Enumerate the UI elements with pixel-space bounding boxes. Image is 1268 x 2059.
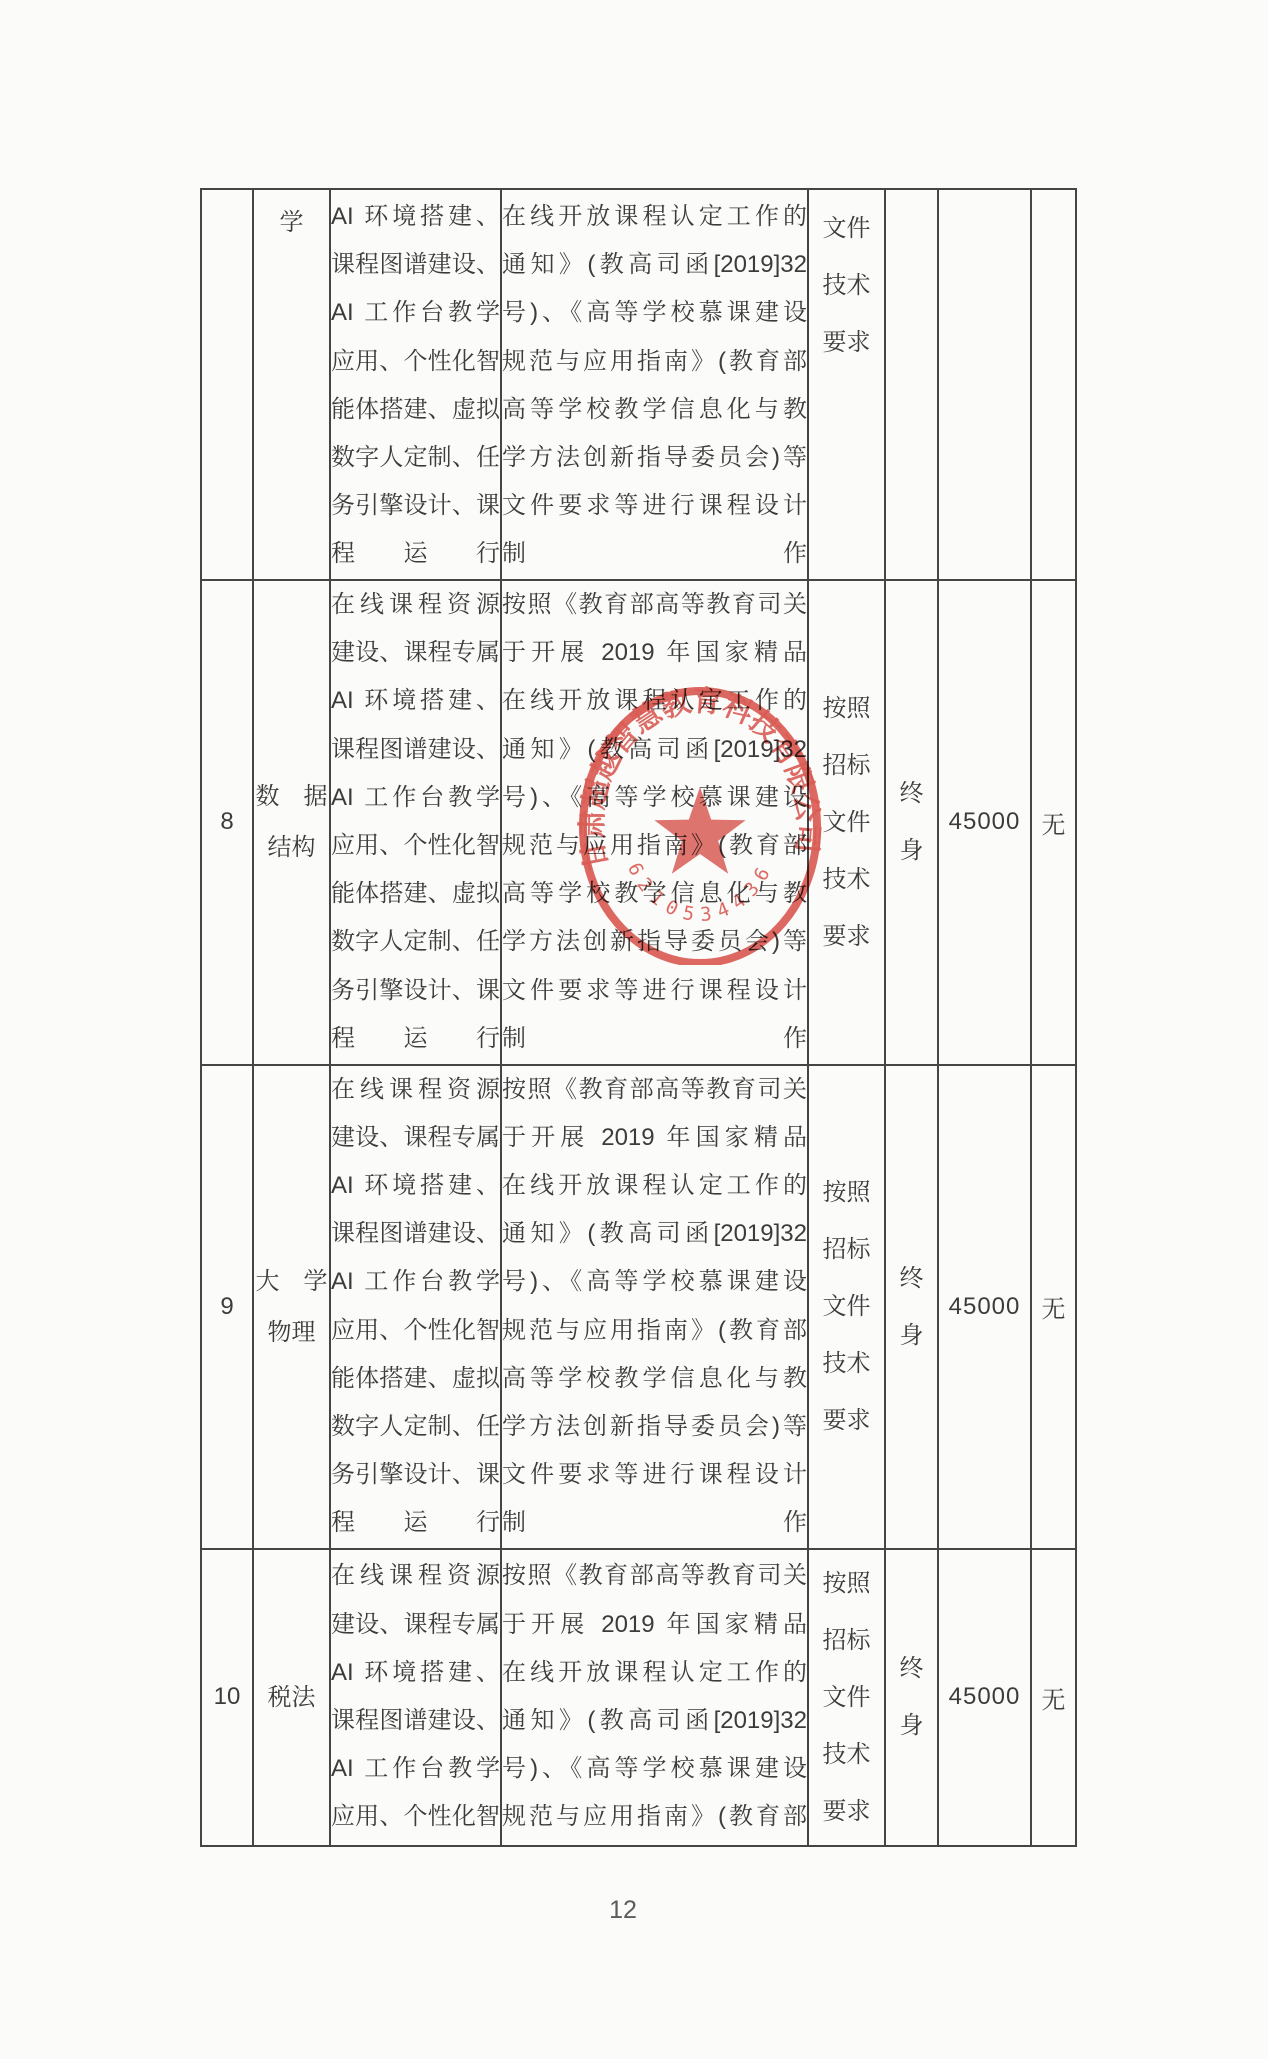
text-line: 数 据 [254, 771, 329, 822]
text-line: 学方法创新指导委员会)等 [502, 1403, 807, 1451]
requirement-cell: 按照《教育部高等教育司关于开展 2019 年国家精品在线开放课程认定工作的通知》… [501, 1065, 808, 1549]
remark-cell: 无 [1031, 580, 1076, 1065]
text-line: 程运行 [331, 1015, 500, 1063]
price-cell [938, 189, 1031, 580]
text-line: 通知》(教高司函[2019]32 [502, 726, 807, 774]
text-line: 建设、课程专属 [331, 1114, 500, 1162]
text-line: 号)、《高等学校慕课建设 [502, 289, 807, 337]
text-line: 于开展 2019 年国家精品 [502, 1601, 807, 1649]
text-line: 数字人定制、任 [331, 918, 500, 966]
text-line: 通知》(教高司函[2019]32 [502, 241, 807, 289]
price-cell: 45000 [938, 1549, 1031, 1846]
text-line: 要求 [809, 314, 884, 371]
build-content-cell: 在线课程资源建设、课程专属AI 环境搭建、课程图谱建设、AI 工作台教学应用、个… [330, 1065, 501, 1549]
text-line: 于开展 2019 年国家精品 [502, 629, 807, 677]
text-line: 规范与应用指南》(教育部 [502, 822, 807, 870]
table-row: 8 数 据结构 在线课程资源建设、课程专属AI 环境搭建、课程图谱建设、AI 工… [201, 580, 1076, 1065]
text-line: 学方法创新指导委员会)等 [502, 434, 807, 482]
requirement-cell: 按照《教育部高等教育司关于开展 2019 年国家精品在线开放课程认定工作的通知》… [501, 580, 808, 1065]
text-line: 税法 [254, 1672, 329, 1723]
requirement-cell: 按照《教育部高等教育司关于开展 2019 年国家精品在线开放课程认定工作的通知》… [501, 1549, 808, 1846]
text-line: 程运行 [331, 530, 500, 578]
text-line: 要求 [809, 1783, 884, 1840]
price-cell: 45000 [938, 580, 1031, 1065]
text-line: AI 环境搭建、 [331, 1649, 500, 1697]
text-line: 在线开放课程认定工作的 [502, 1649, 807, 1697]
tech-requirement-cell: 按照招标文件技术要求 [808, 580, 885, 1065]
text-line: 能体搭建、虚拟 [331, 386, 500, 434]
text-line: 文件要求等进行课程设计 [502, 967, 807, 1015]
text-line: 制作 [502, 1015, 807, 1063]
text-line: 高等学校教学信息化与教 [502, 870, 807, 918]
price-cell: 45000 [938, 1065, 1031, 1549]
tech-requirement-cell: 文件技术要求 [808, 189, 885, 580]
course-name-cell: 学 [253, 189, 330, 580]
text-line: 于开展 2019 年国家精品 [502, 1114, 807, 1162]
text-line: 号)、《高等学校慕课建设 [502, 1745, 807, 1793]
text-line: 终 [886, 1640, 937, 1697]
text-line: 身 [886, 1697, 937, 1754]
document-page: 学 AI 环境搭建、课程图谱建设、AI 工作台教学应用、个性化智能体搭建、虚拟数… [0, 0, 1268, 2059]
text-line: AI 环境搭建、 [331, 193, 500, 241]
page-number: 12 [0, 1896, 1246, 1925]
course-name-cell: 数 据结构 [253, 580, 330, 1065]
text-line: AI 环境搭建、 [331, 677, 500, 725]
text-line: 规范与应用指南》(教育部 [502, 338, 807, 386]
text-line: 规范与应用指南》(教育部 [502, 1307, 807, 1355]
text-line: 务引擎设计、课 [331, 482, 500, 530]
text-line: 按照《教育部高等教育司关 [502, 1066, 807, 1114]
text-line: 技术 [809, 1726, 884, 1783]
text-line: 文件 [809, 1278, 884, 1335]
text-line: 学 [254, 197, 329, 248]
text-line: AI 工作台教学 [331, 774, 500, 822]
text-line: 能体搭建、虚拟 [331, 1355, 500, 1403]
build-content-cell: AI 环境搭建、课程图谱建设、AI 工作台教学应用、个性化智能体搭建、虚拟数字人… [330, 189, 501, 580]
text-line: 文件 [809, 200, 884, 257]
text-line: 在线开放课程认定工作的 [502, 677, 807, 725]
course-name-cell: 税法 [253, 1549, 330, 1846]
text-line: 数字人定制、任 [331, 1403, 500, 1451]
text-line: 通知》(教高司函[2019]32 [502, 1210, 807, 1258]
service-term-cell: 终身 [885, 580, 938, 1065]
text-line: 应用、个性化智 [331, 822, 500, 870]
text-line: 招标 [809, 1221, 884, 1278]
text-line: 身 [886, 822, 937, 879]
text-line: 按照 [809, 1555, 884, 1612]
text-line: 学方法创新指导委员会)等 [502, 918, 807, 966]
text-line: 能体搭建、虚拟 [331, 870, 500, 918]
text-line: 文件要求等进行课程设计 [502, 1451, 807, 1499]
tech-requirement-cell: 按照招标文件技术要求 [808, 1065, 885, 1549]
text-line: 终 [886, 1250, 937, 1307]
text-line: 课程图谱建设、 [331, 726, 500, 774]
procurement-items-table: 学 AI 环境搭建、课程图谱建设、AI 工作台教学应用、个性化智能体搭建、虚拟数… [200, 188, 1077, 1847]
text-line: 通知》(教高司函[2019]32 [502, 1697, 807, 1745]
text-line: 在线课程资源 [331, 581, 500, 629]
text-line: 在线课程资源 [331, 1552, 500, 1600]
text-line: 制作 [502, 1499, 807, 1547]
remark-cell: 无 [1031, 1549, 1076, 1846]
table-row-continued: 学 AI 环境搭建、课程图谱建设、AI 工作台教学应用、个性化智能体搭建、虚拟数… [201, 189, 1076, 580]
text-line: 招标 [809, 737, 884, 794]
text-line: 务引擎设计、课 [331, 1451, 500, 1499]
text-line: 课程图谱建设、 [331, 1210, 500, 1258]
text-line: AI 工作台教学 [331, 289, 500, 337]
text-line: 技术 [809, 257, 884, 314]
text-line: 技术 [809, 1335, 884, 1392]
text-line: 按照《教育部高等教育司关 [502, 581, 807, 629]
course-name-cell: 大 学物理 [253, 1065, 330, 1549]
text-line: 课程图谱建设、 [331, 1697, 500, 1745]
requirement-cell: 在线开放课程认定工作的通知》(教高司函[2019]32号)、《高等学校慕课建设规… [501, 189, 808, 580]
text-line: AI 工作台教学 [331, 1745, 500, 1793]
text-line: 高等学校教学信息化与教 [502, 1355, 807, 1403]
row-number-cell [201, 189, 253, 580]
text-line: 应用、个性化智 [331, 1307, 500, 1355]
text-line: AI 环境搭建、 [331, 1162, 500, 1210]
row-number-cell: 9 [201, 1065, 253, 1549]
table-row: 9 大 学物理 在线课程资源建设、课程专属AI 环境搭建、课程图谱建设、AI 工… [201, 1065, 1076, 1549]
text-line: 技术 [809, 851, 884, 908]
tech-requirement-cell: 按照招标文件技术要求 [808, 1549, 885, 1846]
text-line: 结构 [254, 822, 329, 873]
text-line: 数字人定制、任 [331, 434, 500, 482]
text-line: 程运行 [331, 1499, 500, 1547]
text-line: 招标 [809, 1612, 884, 1669]
text-line: 号)、《高等学校慕课建设 [502, 774, 807, 822]
text-line: 要求 [809, 908, 884, 965]
text-line: 应用、个性化智 [331, 1793, 500, 1841]
text-line: 终 [886, 765, 937, 822]
text-line: 身 [886, 1307, 937, 1364]
text-line: 规范与应用指南》(教育部 [502, 1793, 807, 1841]
text-line: 要求 [809, 1392, 884, 1449]
remark-cell: 无 [1031, 1065, 1076, 1549]
text-line: 按照 [809, 680, 884, 737]
text-line: 在线开放课程认定工作的 [502, 193, 807, 241]
text-line: 文件 [809, 1669, 884, 1726]
text-line: 物理 [254, 1307, 329, 1358]
row-number-cell: 10 [201, 1549, 253, 1846]
text-line: 高等学校教学信息化与教 [502, 386, 807, 434]
table-row-cut: 10 税法 在线课程资源建设、课程专属AI 环境搭建、课程图谱建设、AI 工作台… [201, 1549, 1076, 1846]
text-line: 在线课程资源 [331, 1066, 500, 1114]
text-line: 建设、课程专属 [331, 629, 500, 677]
text-line: 在线开放课程认定工作的 [502, 1162, 807, 1210]
text-line: 制作 [502, 530, 807, 578]
row-number-cell: 8 [201, 580, 253, 1065]
service-term-cell: 终身 [885, 1549, 938, 1846]
text-line: 应用、个性化智 [331, 338, 500, 386]
remark-cell [1031, 189, 1076, 580]
text-line: 按照 [809, 1164, 884, 1221]
text-line: 大 学 [254, 1256, 329, 1307]
text-line: 号)、《高等学校慕课建设 [502, 1258, 807, 1306]
text-line: AI 工作台教学 [331, 1258, 500, 1306]
text-line: 文件要求等进行课程设计 [502, 482, 807, 530]
build-content-cell: 在线课程资源建设、课程专属AI 环境搭建、课程图谱建设、AI 工作台教学应用、个… [330, 580, 501, 1065]
build-content-cell: 在线课程资源建设、课程专属AI 环境搭建、课程图谱建设、AI 工作台教学应用、个… [330, 1549, 501, 1846]
text-line: 文件 [809, 794, 884, 851]
text-line: 按照《教育部高等教育司关 [502, 1552, 807, 1600]
service-term-cell [885, 189, 938, 580]
service-term-cell: 终身 [885, 1065, 938, 1549]
text-line: 课程图谱建设、 [331, 241, 500, 289]
text-line: 务引擎设计、课 [331, 967, 500, 1015]
text-line: 建设、课程专属 [331, 1601, 500, 1649]
